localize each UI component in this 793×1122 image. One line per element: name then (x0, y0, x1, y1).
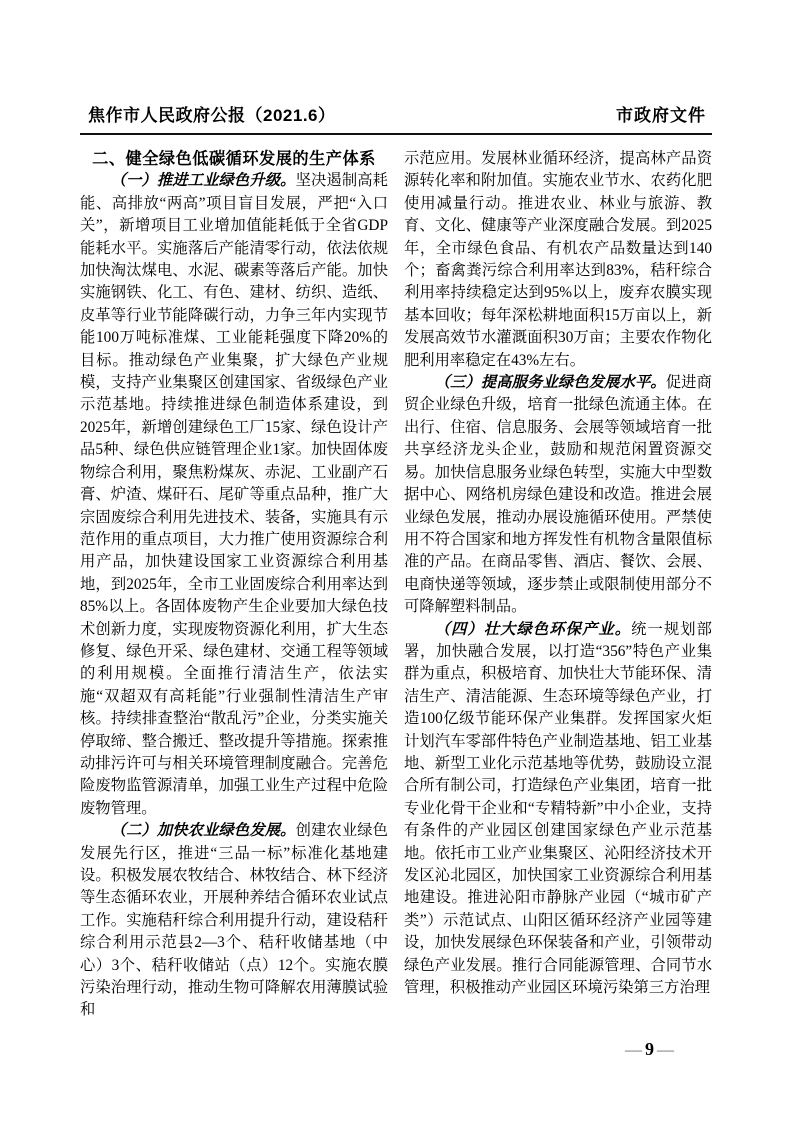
paragraph-3-lead: （三）提高服务业绿色发展水平。 (435, 374, 666, 391)
page-footer: —9— (80, 1039, 712, 1060)
paragraph-1-text: 坚决遏制高耗能、高排放“两高”项目盲目发展，严把“入口关”，新增项目工业增加值能… (80, 172, 388, 816)
paragraph-2-continuation: 示范应用。发展林业循环经济，提高林产品资源转化率和附加值。实施农业节水、农药化肥… (404, 148, 712, 372)
document-category-label: 市政府文件 (616, 106, 706, 126)
gazette-page: 焦作市人民政府公报（2021.6） 市政府文件 二、健全绿色低碳循环发展的生产体… (0, 0, 793, 1122)
paragraph-1-lead: （一）推进工业绿色升级。 (111, 172, 296, 189)
footer-right-dash: — (657, 1040, 674, 1059)
body-columns: 二、健全绿色低碳循环发展的生产体系 （一）推进工业绿色升级。坚决遏制高耗能、高排… (80, 148, 712, 1022)
right-column: 示范应用。发展林业循环经济，提高林产品资源转化率和附加值。实施农业节水、农药化肥… (404, 148, 712, 1022)
paragraph-4: （四）壮大绿色环保产业。统一规划部署，加快融合发展，以打造“356”特色产业集群… (404, 619, 712, 1000)
page-number: 9 (645, 1039, 654, 1059)
paragraph-2-continuation-text: 示范应用。发展林业循环经济，提高林产品资源转化率和附加值。实施农业节水、农药化肥… (404, 150, 712, 369)
gazette-title: 焦作市人民政府公报（2021.6） (88, 106, 336, 126)
paragraph-2-text: 创建农业绿色发展先行区，推进“三品一标”标准化基地建设。积极发展农牧结合、林牧结… (80, 822, 388, 1018)
page-content: 焦作市人民政府公报（2021.6） 市政府文件 二、健全绿色低碳循环发展的生产体… (80, 0, 712, 1060)
paragraph-4-text: 统一规划部署，加快融合发展，以打造“356”特色产业集群为重点，积极培育、加快壮… (404, 621, 712, 997)
paragraph-4-lead: （四）壮大绿色环保产业。 (435, 621, 632, 638)
paragraph-3-text: 促进商贸企业绿色升级，培育一批绿色流通主体。在出行、住宿、信息服务、会展等领域培… (404, 374, 712, 615)
section-title: 二、健全绿色低碳循环发展的生产体系 (80, 148, 388, 170)
page-header: 焦作市人民政府公报（2021.6） 市政府文件 (80, 0, 712, 135)
left-column: 二、健全绿色低碳循环发展的生产体系 （一）推进工业绿色升级。坚决遏制高耗能、高排… (80, 148, 388, 1022)
paragraph-3: （三）提高服务业绿色发展水平。促进商贸企业绿色升级，培育一批绿色流通主体。在出行… (404, 372, 712, 618)
paragraph-2-lead: （二）加快农业绿色发展。 (111, 822, 296, 839)
paragraph-2: （二）加快农业绿色发展。创建农业绿色发展先行区，推进“三品一标”标准化基地建设。… (80, 820, 388, 1022)
paragraph-1: （一）推进工业绿色升级。坚决遏制高耗能、高排放“两高”项目盲目发展，严把“入口关… (80, 170, 388, 820)
footer-left-dash: — (625, 1040, 642, 1059)
